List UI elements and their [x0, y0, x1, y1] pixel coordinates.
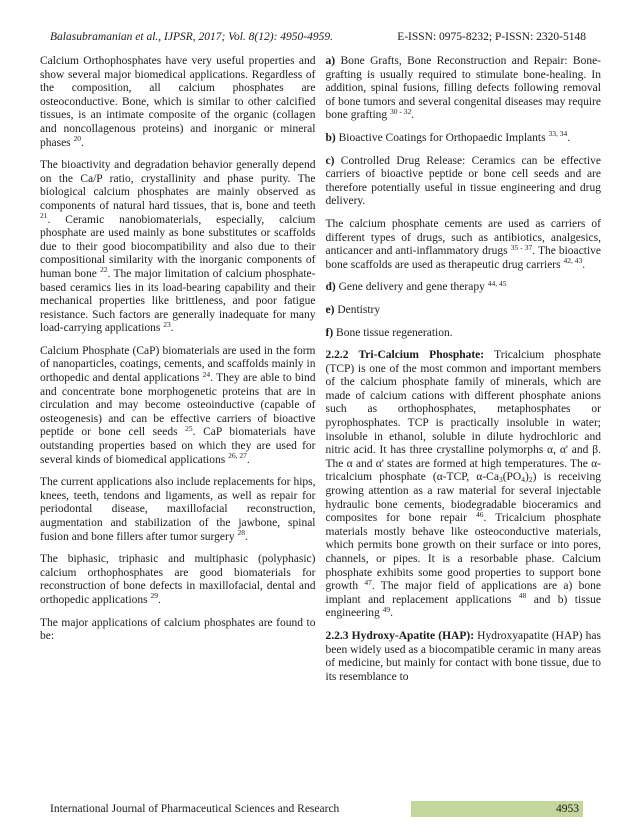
- page-footer: International Journal of Pharmaceutical …: [50, 801, 583, 817]
- article-body: Calcium Orthophosphates have very useful…: [40, 55, 601, 693]
- right-column: a) Bone Grafts, Bone Reconstruction and …: [326, 55, 602, 693]
- paragraph: The biphasic, triphasic and multiphasic …: [40, 553, 316, 607]
- paragraph: c) Controlled Drug Release: Ceramics can…: [326, 155, 602, 209]
- page-number-badge: 4953: [411, 801, 583, 817]
- left-column: Calcium Orthophosphates have very useful…: [40, 55, 316, 693]
- citation-text: Balasubramanian et al., IJPSR, 2017; Vol…: [50, 31, 333, 43]
- paragraph: f) Bone tissue regeneration.: [326, 327, 602, 341]
- paragraph: The bioactivity and degradation behavior…: [40, 159, 316, 336]
- journal-name: International Journal of Pharmaceutical …: [50, 803, 339, 815]
- paragraph: e) Dentistry: [326, 304, 602, 318]
- paragraph: The major applications of calcium phosph…: [40, 617, 316, 644]
- paragraph: b) Bioactive Coatings for Orthopaedic Im…: [326, 132, 602, 146]
- paragraph: 2.2.3 Hydroxy-Apatite (HAP): Hydroxyapat…: [326, 630, 602, 684]
- issn-text: E-ISSN: 0975-8232; P-ISSN: 2320-5148: [397, 31, 586, 43]
- paragraph: The current applications also include re…: [40, 476, 316, 544]
- paragraph: Calcium Phosphate (CaP) biomaterials are…: [40, 345, 316, 467]
- paragraph: The calcium phosphate cements are used a…: [326, 218, 602, 272]
- paragraph: 2.2.2 Tri-Calcium Phosphate: Tricalcium …: [326, 349, 602, 621]
- paragraph: d) Gene delivery and gene therapy 44, 45: [326, 281, 602, 295]
- paragraph: a) Bone Grafts, Bone Reconstruction and …: [326, 55, 602, 123]
- paper-page: Balasubramanian et al., IJPSR, 2017; Vol…: [0, 0, 638, 826]
- page-header: Balasubramanian et al., IJPSR, 2017; Vol…: [50, 31, 586, 43]
- paragraph: Calcium Orthophosphates have very useful…: [40, 55, 316, 150]
